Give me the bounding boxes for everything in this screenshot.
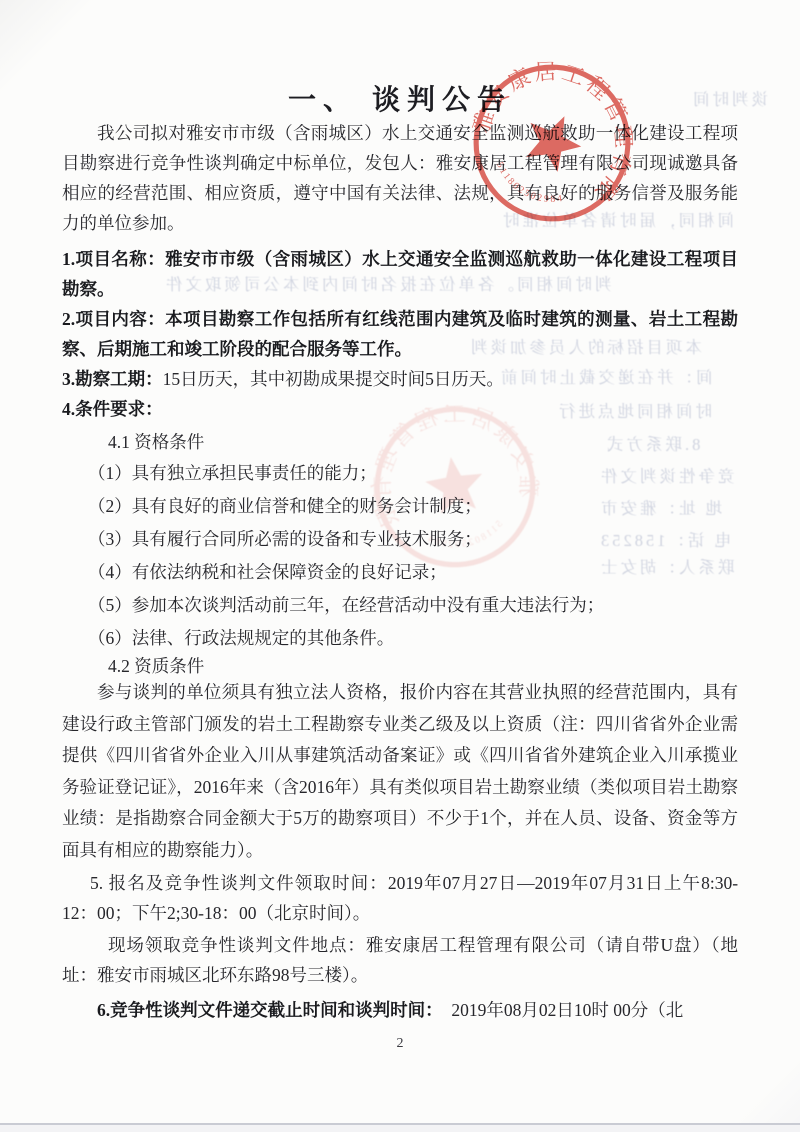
- qualification-item-5: （5）参加本次谈判活动前三年，在经营活动中没有重大违法行为；: [62, 589, 738, 622]
- item-6-submission-deadline: 6.竞争性谈判文件递交截止时间和谈判时间： 2019年08月02日10时 00分…: [62, 995, 738, 1025]
- page-title: 一、 谈判公告: [62, 84, 738, 118]
- item-5-registration-time: 5. 报名及竞争性谈判文件领取时间：2019年07月27日—2019年07月31…: [62, 868, 738, 928]
- scan-bottom-edge: [0, 1123, 800, 1132]
- document-body: 一、 谈判公告 我公司拟对雅安市市级（含雨城区）水上交通安全监测巡航救助一体化建…: [62, 84, 738, 1025]
- item-3-survey-period: 3.勘察工期：15日历天，其中初勘成果提交时间5日历天。: [62, 364, 738, 394]
- scanned-page: 谈判时间间相同，届时请各单位准时判时间相同。各单位在报名时间内到本公司领取文件本…: [0, 0, 800, 1132]
- credentials-paragraph: 参与谈判的单位须具有独立法人资格，报价内容在其营业执照的经营范围内，具有建设行政…: [62, 677, 738, 866]
- heading-4-1-qualification: 4.1 资格条件: [62, 427, 738, 457]
- qualification-item-4: （4）有依法纳税和社会保障资金的良好记录；: [62, 556, 738, 589]
- page-number: 2: [0, 1036, 800, 1052]
- qualification-item-2: （2）具有良好的商业信誉和健全的财务会计制度；: [62, 490, 738, 523]
- qualification-item-1: （1）具有独立承担民事责任的能力；: [62, 457, 738, 490]
- item-4-requirements: 4.条件要求：: [62, 394, 738, 424]
- qualification-item-3: （3）具有履行合同所必需的设备和专业技术服务；: [62, 523, 738, 556]
- pickup-location-paragraph: 现场领取竞争性谈判文件地点：雅安康居工程管理有限公司（请自带U盘）（地址：雅安市…: [62, 930, 738, 990]
- item-1-project-name: 1.项目名称：雅安市市级（含雨城区）水上交通安全监测巡航救助一体化建设工程项目勘…: [62, 244, 738, 304]
- item-2-project-content: 2.项目内容：本项目勘察工作包括所有红线范围内建筑及临时建筑的测量、岩土工程勘察…: [62, 304, 738, 364]
- intro-paragraph: 我公司拟对雅安市市级（含雨城区）水上交通安全监测巡航救助一体化建设工程项目勘察进…: [62, 118, 738, 238]
